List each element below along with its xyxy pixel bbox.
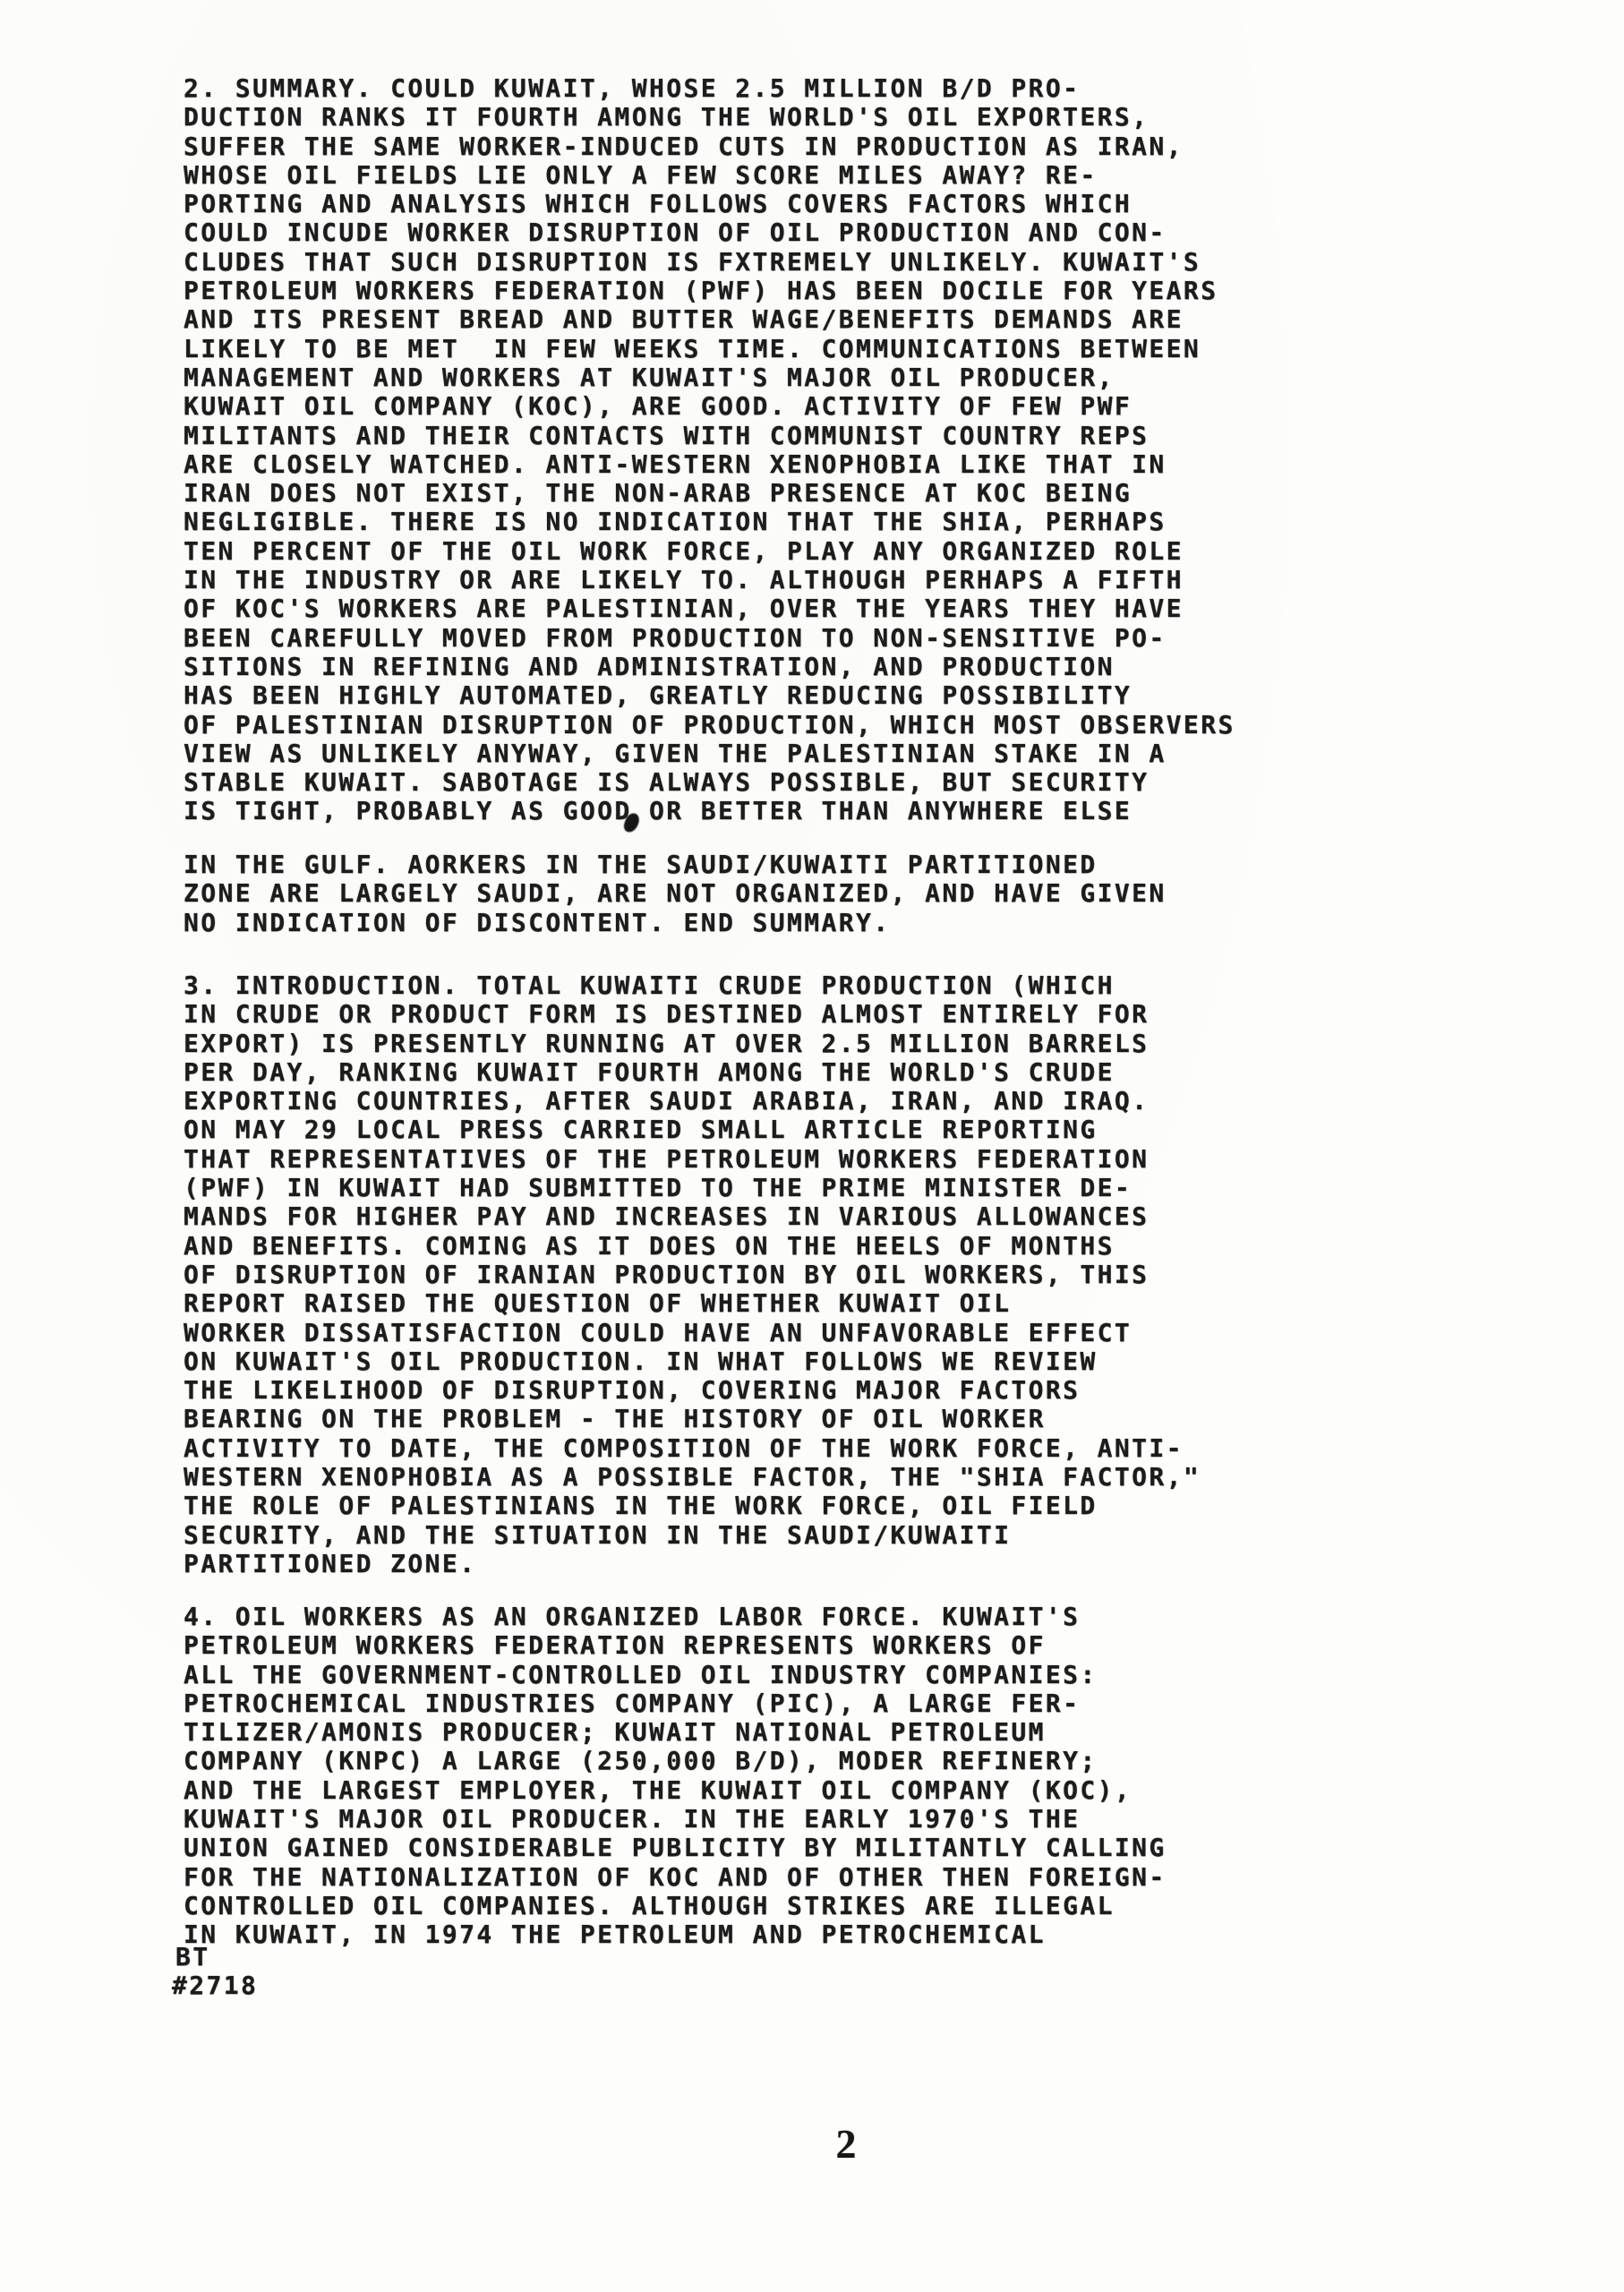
paragraph-4-oil-workers: 4. OIL WORKERS AS AN ORGANIZED LABOR FOR…	[184, 1603, 1167, 1950]
paragraph-2-summary: 2. SUMMARY. COULD KUWAIT, WHOSE 2.5 MILL…	[184, 74, 1235, 826]
paragraph-3-introduction: 3. INTRODUCTION. TOTAL KUWAITI CRUDE PRO…	[184, 971, 1201, 1578]
scanned-cable-page: 2. SUMMARY. COULD KUWAIT, WHOSE 2.5 MILL…	[0, 0, 1624, 2292]
paragraph-summary-continued: IN THE GULF. AORKERS IN THE SAUDI/KUWAIT…	[184, 851, 1167, 937]
cable-signoff-bt: BT	[175, 1943, 210, 1971]
cable-serial-number: #2718	[172, 1971, 258, 2000]
page-number: 2	[0, 2120, 1624, 2168]
